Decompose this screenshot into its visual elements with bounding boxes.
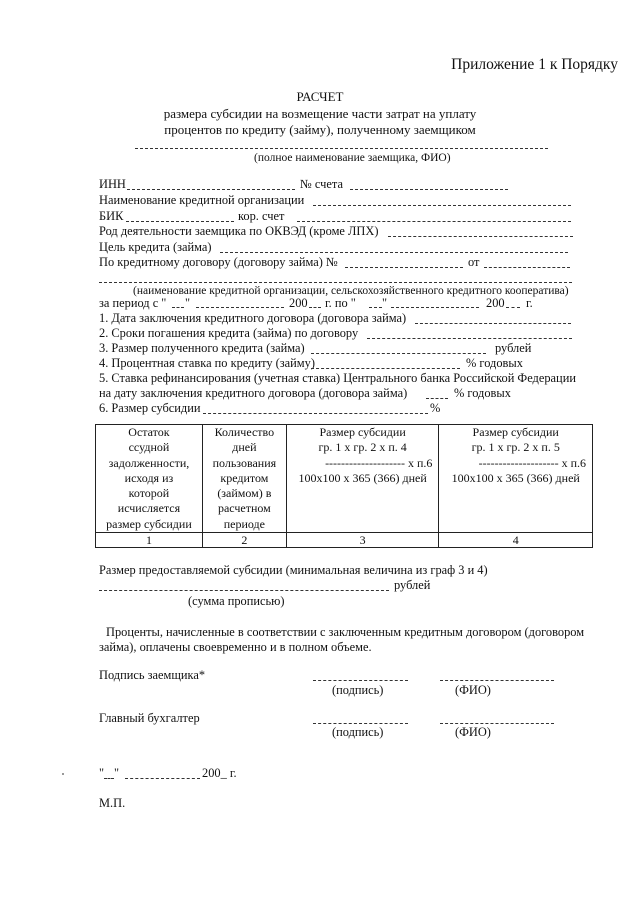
item-5-suffix: % годовых — [454, 386, 511, 400]
item-4-label: 4. Процентная ставка по кредиту (займу) — [99, 356, 315, 370]
item-6-field[interactable] — [203, 413, 428, 414]
item-4-field[interactable] — [311, 368, 460, 369]
period-year-suffix: г. — [526, 296, 533, 310]
credit-org-field[interactable] — [313, 205, 571, 206]
item-5-field[interactable] — [426, 398, 448, 399]
header-line: задолженности, — [98, 456, 200, 471]
header-line: размер субсидии — [98, 517, 200, 532]
borrower-caption: (полное наименование заемщика, ФИО) — [254, 151, 451, 165]
item-3-suffix: рублей — [495, 341, 531, 355]
item-5-label-line2: на дату заключения кредитного договора (… — [99, 386, 407, 400]
period-to-quote: " — [382, 296, 387, 310]
header-line: пользования — [205, 456, 284, 471]
corr-account-label: кор. счет — [238, 209, 284, 223]
header-line: Размер субсидии — [441, 425, 590, 440]
accountant-signature-field[interactable] — [313, 723, 408, 724]
accountant-fio-caption: (ФИО) — [455, 725, 491, 739]
item-5-label: 5. Ставка рефинансирования (учетная став… — [99, 371, 576, 385]
item-2-field[interactable] — [367, 338, 572, 339]
item-1-field[interactable] — [415, 323, 571, 324]
header-line: кредитом — [205, 471, 284, 486]
inn-label: ИНН — [99, 177, 126, 191]
scan-speck — [62, 773, 64, 775]
header-cell-subsidy-p4: Размер субсидиигр. 1 х гр. 2 х п. 4-----… — [286, 425, 439, 533]
borrower-name-field[interactable] — [135, 148, 548, 149]
header-line: периоде — [205, 517, 284, 532]
accountant-name-field[interactable] — [440, 723, 554, 724]
okved-label: Род деятельности заемщика по ОКВЭД (кром… — [99, 224, 378, 238]
contract-date-label: от — [468, 255, 479, 269]
period-from-month-field[interactable] — [196, 307, 284, 308]
header-line: (займом) в — [205, 486, 284, 501]
purpose-field[interactable] — [220, 252, 568, 253]
contract-number-label: По кредитному договору (договору займа) … — [99, 255, 338, 269]
subsidy-amount-label: Размер предоставляемой субсидии (минимал… — [99, 563, 488, 577]
date-month-field[interactable] — [125, 778, 200, 779]
statement-line1: Проценты, начисленные в соответствии с з… — [106, 625, 584, 639]
bik-field[interactable] — [126, 221, 234, 222]
stamp-label: М.П. — [99, 796, 125, 810]
date-year: 200_ г. — [202, 766, 237, 780]
borrower-fio-caption: (ФИО) — [455, 683, 491, 697]
header-line: расчетном — [205, 501, 284, 516]
header-line: Количество — [205, 425, 284, 440]
statement-line2: займа), оплачены своевременно и в полном… — [99, 640, 372, 654]
item-3-field[interactable] — [311, 353, 486, 354]
column-number: 4 — [439, 533, 593, 548]
calculation-table: Остатокссуднойзадолженности,исходя изкот… — [95, 424, 593, 548]
period-to-year-field[interactable] — [506, 307, 520, 308]
table-header-row: Остатокссуднойзадолженности,исходя изкот… — [96, 425, 593, 533]
column-number: 2 — [202, 533, 286, 548]
period-from-year: 200 — [289, 296, 308, 310]
corr-account-field[interactable] — [297, 221, 571, 222]
document-heading: РАСЧЕТ — [0, 89, 640, 105]
column-number: 3 — [286, 533, 439, 548]
borrower-signature-field[interactable] — [313, 680, 408, 681]
header-line: исчисляется — [98, 501, 200, 516]
appendix-label: Приложение 1 к Порядку — [451, 56, 618, 74]
item-6-suffix: % — [430, 401, 440, 415]
account-label: № счета — [300, 177, 343, 191]
subsidy-amount-caption: (сумма прописью) — [188, 594, 285, 608]
account-field[interactable] — [350, 189, 508, 190]
chief-accountant-label: Главный бухгалтер — [99, 711, 200, 725]
period-to-month-field[interactable] — [391, 307, 479, 308]
subsidy-amount-field[interactable] — [99, 590, 389, 591]
credit-org-label: Наименование кредитной организации — [99, 193, 304, 207]
header-line: ссудной — [98, 440, 200, 455]
okved-field[interactable] — [388, 236, 573, 237]
item-6-label: 6. Размер субсидии — [99, 401, 201, 415]
header-line: 100х100 х 365 (366) дней — [289, 471, 437, 486]
contract-date-field[interactable] — [484, 267, 570, 268]
accountant-sign-caption: (подпись) — [332, 725, 383, 739]
period-to-day-field[interactable] — [369, 307, 382, 308]
borrower-name-signature-field[interactable] — [440, 680, 554, 681]
purpose-label: Цель кредита (займа) — [99, 240, 212, 254]
item-4-suffix: % годовых — [466, 356, 523, 370]
header-line: -------------------- х п.6 — [289, 456, 437, 471]
header-line: 100х100 х 365 (366) дней — [441, 471, 590, 486]
date-quote-close: " — [114, 766, 119, 780]
date-day-field[interactable] — [104, 778, 114, 779]
item-3-label: 3. Размер полученного кредита (займа) — [99, 341, 305, 355]
period-from-quote: " — [185, 296, 190, 310]
header-line: -------------------- х п.6 — [441, 456, 590, 471]
column-number: 1 — [96, 533, 203, 548]
header-line: которой — [98, 486, 200, 501]
header-line: Остаток — [98, 425, 200, 440]
header-line: Размер субсидии — [289, 425, 437, 440]
item-1-label: 1. Дата заключения кредитного договора (… — [99, 311, 406, 325]
header-line: гр. 1 х гр. 2 х п. 4 — [289, 440, 437, 455]
subsidy-amount-unit: рублей — [394, 578, 430, 592]
header-cell-balance: Остатокссуднойзадолженности,исходя изкот… — [96, 425, 203, 533]
borrower-signature-label: Подпись заемщика* — [99, 668, 205, 682]
document-subtitle-line2: процентов по кредиту (займу), полученном… — [0, 122, 640, 138]
period-from-day-field[interactable] — [172, 307, 184, 308]
table-number-row: 1 2 3 4 — [96, 533, 593, 548]
period-to-year: 200 — [486, 296, 505, 310]
document-subtitle-line1: размера субсидии на возмещение части зат… — [0, 106, 640, 122]
header-line: исходя из — [98, 471, 200, 486]
header-cell-days: Количестводнейпользованиякредитом(займом… — [202, 425, 286, 533]
header-line: дней — [205, 440, 284, 455]
period-from-year-field[interactable] — [309, 307, 321, 308]
credit-org-name-field[interactable] — [99, 282, 572, 283]
header-line: гр. 1 х гр. 2 х п. 5 — [441, 440, 590, 455]
borrower-sign-caption: (подпись) — [332, 683, 383, 697]
bik-label: БИК — [99, 209, 123, 223]
period-to-prefix: г. по " — [325, 296, 356, 310]
inn-field[interactable] — [127, 189, 295, 190]
period-from-prefix: за период с " — [99, 296, 166, 310]
item-2-label: 2. Сроки погашения кредита (займа) по до… — [99, 326, 358, 340]
contract-number-field[interactable] — [345, 267, 463, 268]
header-cell-subsidy-p5: Размер субсидиигр. 1 х гр. 2 х п. 5-----… — [439, 425, 593, 533]
